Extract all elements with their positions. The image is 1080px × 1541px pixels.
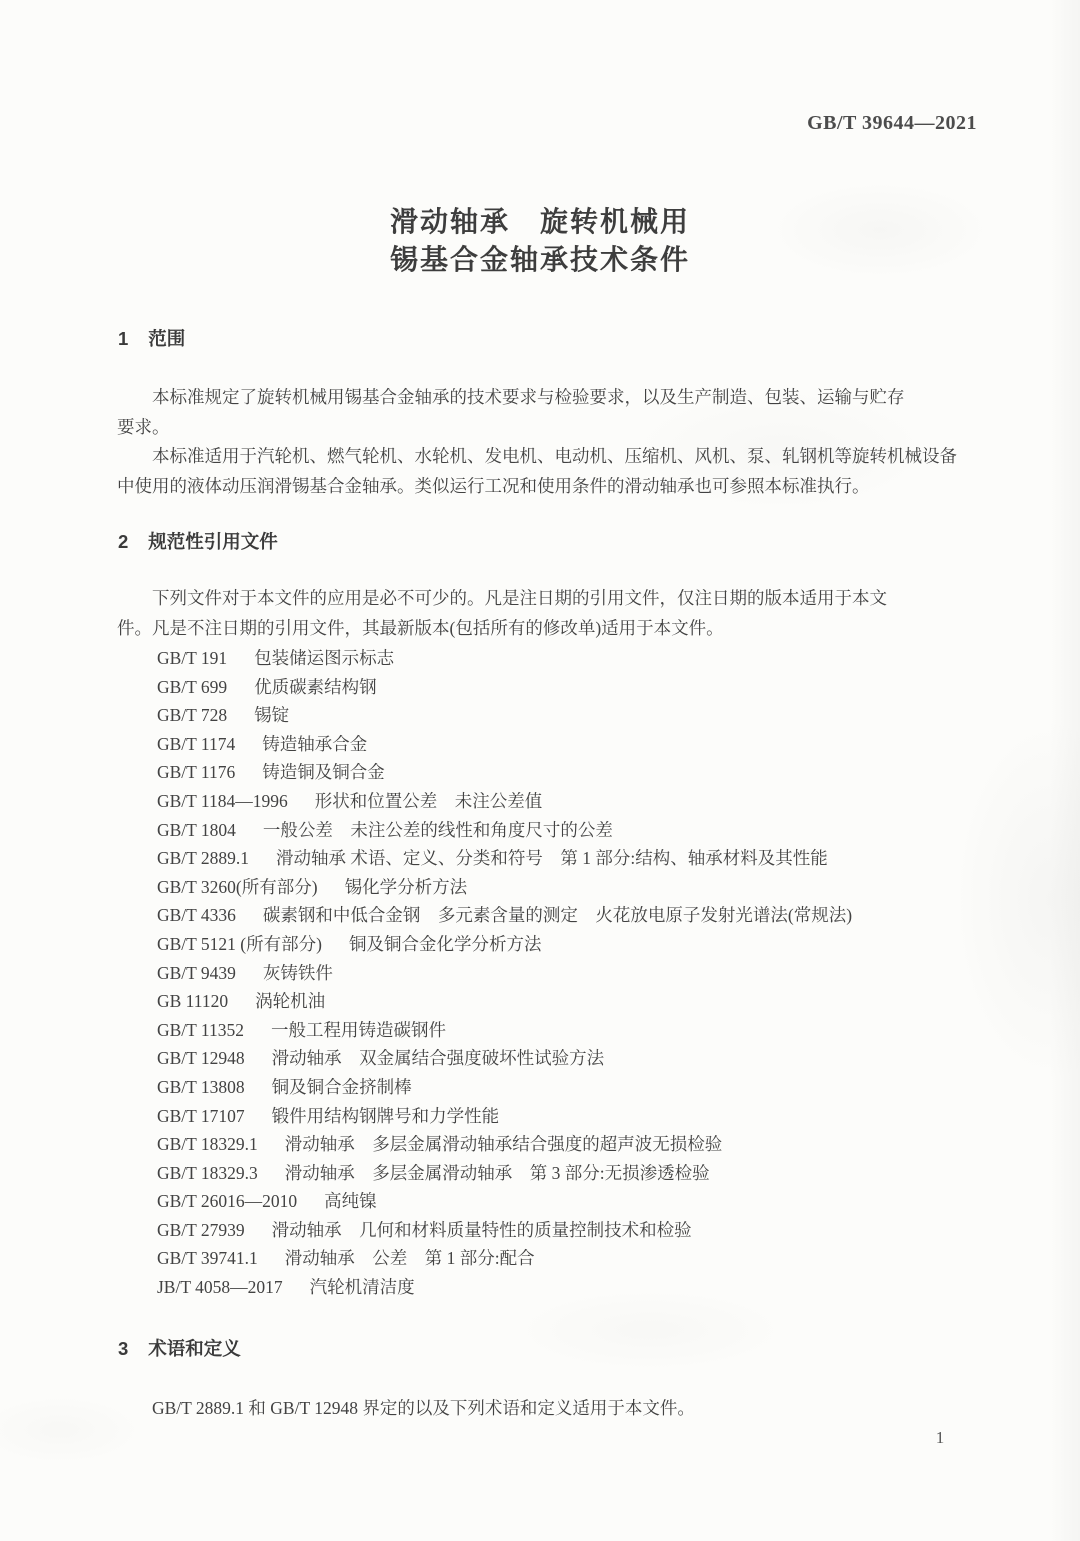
reference-item: GB/T 9439灰铸铁件 xyxy=(157,959,852,988)
reference-title: 滑动轴承 双金属结合强度破坏性试验方法 xyxy=(272,1048,605,1068)
reference-item: GB/T 11352一般工程用铸造碳钢件 xyxy=(157,1016,852,1045)
reference-code: GB/T 9439 xyxy=(157,959,236,988)
reference-item: GB/T 1184—1996形状和位置公差 未注公差值 xyxy=(157,787,852,816)
reference-item: GB/T 26016—2010高纯镍 xyxy=(157,1187,852,1216)
reference-title: 高纯镍 xyxy=(324,1191,377,1211)
reference-title: 滑动轴承 术语、定义、分类和符号 第 1 部分:结构、轴承材料及其性能 xyxy=(276,848,828,868)
section-2-title: 规范性引用文件 xyxy=(148,531,278,552)
section-1-paragraph-2: 本标准适用于汽轮机、燃气轮机、水轮机、发电机、电动机、压缩机、风机、泵、轧钢机等… xyxy=(117,442,957,501)
section-1-number: 1 xyxy=(118,328,128,350)
reference-title: 形状和位置公差 未注公差值 xyxy=(315,791,543,811)
page-number: 1 xyxy=(926,1424,954,1452)
reference-title: 灰铸铁件 xyxy=(263,963,333,983)
reference-code: GB/T 11352 xyxy=(157,1016,244,1045)
document-title: 滑动轴承 旋转机械用 锡基合金轴承技术条件 xyxy=(0,203,1080,279)
reference-item: GB/T 2889.1滑动轴承 术语、定义、分类和符号 第 1 部分:结构、轴承… xyxy=(157,844,852,873)
reference-item: GB/T 728锡锭 xyxy=(157,701,852,730)
reference-code: GB/T 3260(所有部分) xyxy=(157,873,318,902)
reference-title: 锡锭 xyxy=(254,705,289,725)
reference-title: 锻件用结构钢牌号和力学性能 xyxy=(272,1106,500,1126)
document-page: GB/T 39644—2021 滑动轴承 旋转机械用 锡基合金轴承技术条件 1范… xyxy=(0,0,1080,1541)
reference-code: GB/T 4336 xyxy=(157,901,236,930)
reference-code: GB/T 18329.3 xyxy=(157,1159,258,1188)
reference-code: GB/T 26016—2010 xyxy=(157,1187,297,1216)
reference-item: GB/T 3260(所有部分)锡化学分析方法 xyxy=(157,873,852,902)
reference-title: 包装储运图示标志 xyxy=(254,648,394,668)
reference-item: GB/T 13808铜及铜合金挤制棒 xyxy=(157,1073,852,1102)
reference-code: GB/T 12948 xyxy=(157,1044,245,1073)
reference-item: GB/T 18329.1滑动轴承 多层金属滑动轴承结合强度的超声波无损检验 xyxy=(157,1130,852,1159)
section-2-intro: 下列文件对于本文件的应用是必不可少的。凡是注日期的引用文件，仅注日期的版本适用于… xyxy=(117,584,887,643)
reference-title: 碳素钢和中低合金钢 多元素含量的测定 火花放电原子发射光谱法(常规法) xyxy=(263,905,852,925)
reference-code: GB/T 13808 xyxy=(157,1073,245,1102)
reference-title: 铜及铜合金化学分析方法 xyxy=(349,934,542,954)
reference-code: GB/T 191 xyxy=(157,644,227,673)
reference-code: GB/T 1176 xyxy=(157,758,235,787)
reference-item: GB/T 1804一般公差 未注公差的线性和角度尺寸的公差 xyxy=(157,816,852,845)
reference-item: GB/T 18329.3滑动轴承 多层金属滑动轴承 第 3 部分:无损渗透检验 xyxy=(157,1159,852,1188)
reference-item: GB 11120涡轮机油 xyxy=(157,987,852,1016)
reference-code: GB/T 27939 xyxy=(157,1216,245,1245)
reference-code: GB 11120 xyxy=(157,987,228,1016)
section-3-paragraph: GB/T 2889.1 和 GB/T 12948 界定的以及下列术语和定义适用于… xyxy=(117,1394,695,1424)
reference-item: GB/T 5121 (所有部分)铜及铜合金化学分析方法 xyxy=(157,930,852,959)
reference-title: 滑动轴承 几何和材料质量特性的质量控制技术和检验 xyxy=(272,1220,692,1240)
reference-code: GB/T 17107 xyxy=(157,1102,245,1131)
section-3-title: 术语和定义 xyxy=(148,1338,241,1359)
reference-title: 汽轮机清洁度 xyxy=(310,1277,415,1297)
reference-code: JB/T 4058—2017 xyxy=(157,1273,283,1302)
references-list: GB/T 191包装储运图示标志GB/T 699优质碳素结构钢GB/T 728锡… xyxy=(157,644,852,1302)
reference-code: GB/T 699 xyxy=(157,673,227,702)
reference-code: GB/T 2889.1 xyxy=(157,844,249,873)
reference-title: 滑动轴承 多层金属滑动轴承 第 3 部分:无损渗透检验 xyxy=(285,1163,710,1183)
document-title-line2: 锡基合金轴承技术条件 xyxy=(0,241,1080,279)
reference-item: GB/T 1174铸造轴承合金 xyxy=(157,730,852,759)
reference-code: GB/T 728 xyxy=(157,701,227,730)
reference-item: GB/T 17107锻件用结构钢牌号和力学性能 xyxy=(157,1102,852,1131)
reference-title: 滑动轴承 公差 第 1 部分:配合 xyxy=(285,1248,535,1268)
reference-title: 铜及铜合金挤制棒 xyxy=(272,1077,412,1097)
reference-item: JB/T 4058—2017汽轮机清洁度 xyxy=(157,1273,852,1302)
reference-title: 锡化学分析方法 xyxy=(345,877,468,897)
reference-item: GB/T 4336碳素钢和中低合金钢 多元素含量的测定 火花放电原子发射光谱法(… xyxy=(157,901,852,930)
reference-item: GB/T 699优质碳素结构钢 xyxy=(157,673,852,702)
reference-code: GB/T 1804 xyxy=(157,816,236,845)
standard-code-header: GB/T 39644—2021 xyxy=(0,112,977,135)
section-1-paragraph-1: 本标准规定了旋转机械用锡基合金轴承的技术要求与检验要求，以及生产制造、包装、运输… xyxy=(117,383,905,442)
reference-code: GB/T 1174 xyxy=(157,730,235,759)
reference-title: 一般工程用铸造碳钢件 xyxy=(271,1020,446,1040)
reference-code: GB/T 39741.1 xyxy=(157,1244,258,1273)
section-3-number: 3 xyxy=(118,1338,128,1360)
section-1-title: 范围 xyxy=(148,328,185,349)
section-1-heading: 1范围 xyxy=(118,328,185,350)
reference-item: GB/T 1176铸造铜及铜合金 xyxy=(157,758,852,787)
document-title-line1: 滑动轴承 旋转机械用 xyxy=(0,203,1080,241)
reference-code: GB/T 1184—1996 xyxy=(157,787,288,816)
section-3-heading: 3术语和定义 xyxy=(118,1338,241,1360)
reference-item: GB/T 27939滑动轴承 几何和材料质量特性的质量控制技术和检验 xyxy=(157,1216,852,1245)
reference-title: 铸造铜及铜合金 xyxy=(262,762,385,782)
reference-item: GB/T 39741.1滑动轴承 公差 第 1 部分:配合 xyxy=(157,1244,852,1273)
reference-title: 滑动轴承 多层金属滑动轴承结合强度的超声波无损检验 xyxy=(285,1134,723,1154)
reference-code: GB/T 5121 (所有部分) xyxy=(157,930,322,959)
reference-title: 铸造轴承合金 xyxy=(262,734,367,754)
reference-title: 涡轮机油 xyxy=(255,991,325,1011)
reference-title: 优质碳素结构钢 xyxy=(254,677,377,697)
reference-item: GB/T 191包装储运图示标志 xyxy=(157,644,852,673)
reference-title: 一般公差 未注公差的线性和角度尺寸的公差 xyxy=(263,820,613,840)
reference-code: GB/T 18329.1 xyxy=(157,1130,258,1159)
section-2-number: 2 xyxy=(118,531,128,553)
reference-item: GB/T 12948滑动轴承 双金属结合强度破坏性试验方法 xyxy=(157,1044,852,1073)
section-2-heading: 2规范性引用文件 xyxy=(118,531,278,553)
